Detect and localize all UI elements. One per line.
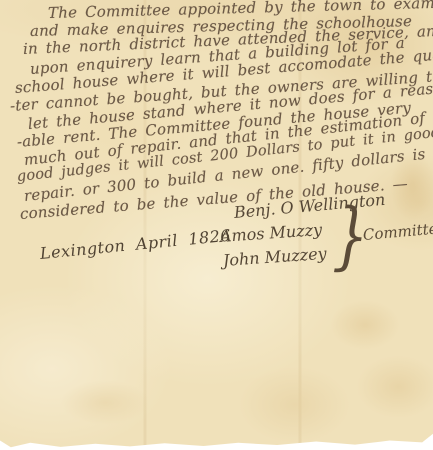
paper-stain — [330, 300, 400, 350]
paper-stain — [60, 380, 150, 425]
signature: John Muzzey — [222, 244, 327, 270]
signature: Amos Muzzy — [219, 220, 322, 246]
committee-label: Committee — [362, 219, 433, 244]
dateline: Lexington April 1826 — [39, 226, 232, 263]
scanned-letter-image: The Committee appointed by the town to e… — [0, 0, 433, 450]
letter-paper: The Committee appointed by the town to e… — [0, 0, 433, 450]
